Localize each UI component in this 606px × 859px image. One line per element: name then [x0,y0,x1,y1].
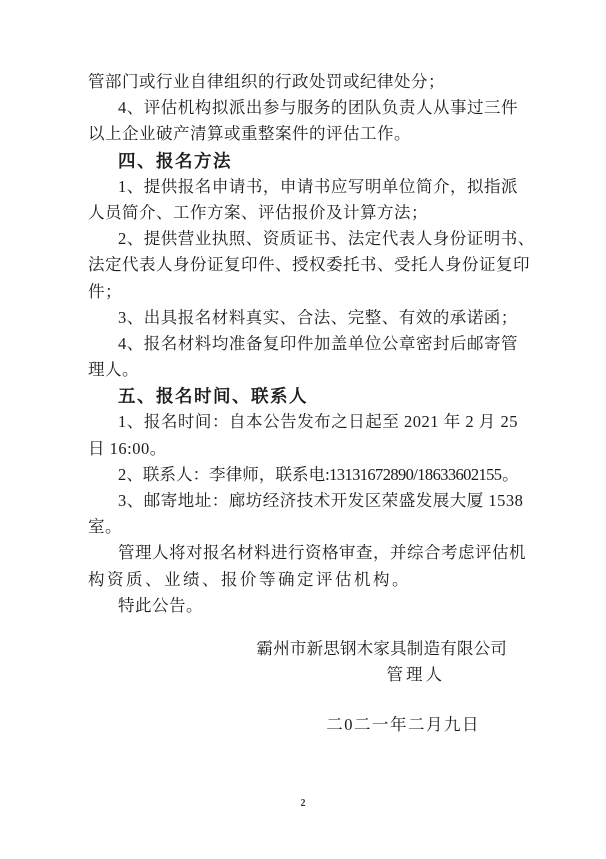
body-line: 3、邮寄地址：廊坊经济技术开发区荣盛发展大厦 1538 [88,488,518,514]
section-heading-5: 五、报名时间、联系人 [88,383,518,409]
page-number: 2 [0,797,606,811]
body-line: 4、报名材料均准备复印件加盖单位公章密封后邮寄管 [88,331,518,357]
body-line: 4、评估机构拟派出参与服务的团队负责人从事过三件 [88,95,518,121]
body-line: 法定代表人身份证复印件、授权委托书、受托人身份证复印 [88,252,518,278]
closing-line: 特此公告。 [88,593,518,619]
body-line: 理人。 [88,357,518,383]
body-line: 室。 [88,514,518,540]
signature-block: 霸州市新思钢木家具制造有限公司 管理人 二0二一年二月九日 [88,636,518,739]
body-line: 日 16:00。 [88,436,518,462]
section-heading-4: 四、报名方法 [88,148,518,174]
body-line: 件； [88,279,518,305]
document-body: 管部门或行业自律组织的行政处罚或纪律处分； 4、评估机构拟派出参与服务的团队负责… [88,69,518,619]
body-line: 管部门或行业自律组织的行政处罚或纪律处分； [88,69,518,95]
body-line: 以上企业破产清算或重整案件的评估工作。 [88,121,518,147]
body-line: 3、出具报名材料真实、合法、完整、有效的承诺函； [88,305,518,331]
signature-signer: 管理人 [88,662,518,688]
signature-company: 霸州市新思钢木家具制造有限公司 [88,636,518,662]
body-line: 1、提供报名申请书，申请书应写明单位简介，拟指派 [88,174,518,200]
contact-line: 2、联系人：李律师，联系电:13131672890/18633602155。 [88,462,518,488]
body-line: 2、提供营业执照、资质证书、法定代表人身份证明书、 [88,226,518,252]
document-page: 管部门或行业自律组织的行政处罚或纪律处分； 4、评估机构拟派出参与服务的团队负责… [0,0,606,859]
body-line: 管理人将对报名材料进行资格审查，并综合考虑评估机 [88,540,518,566]
body-line: 构资质、业绩、报价等确定评估机构。 [88,567,518,593]
body-line: 1、报名时间：自本公告发布之日起至 2021 年 2 月 25 [88,409,518,435]
signature-date: 二0二一年二月九日 [88,712,518,738]
body-line: 人员简介、工作方案、评估报价及计算方法； [88,200,518,226]
